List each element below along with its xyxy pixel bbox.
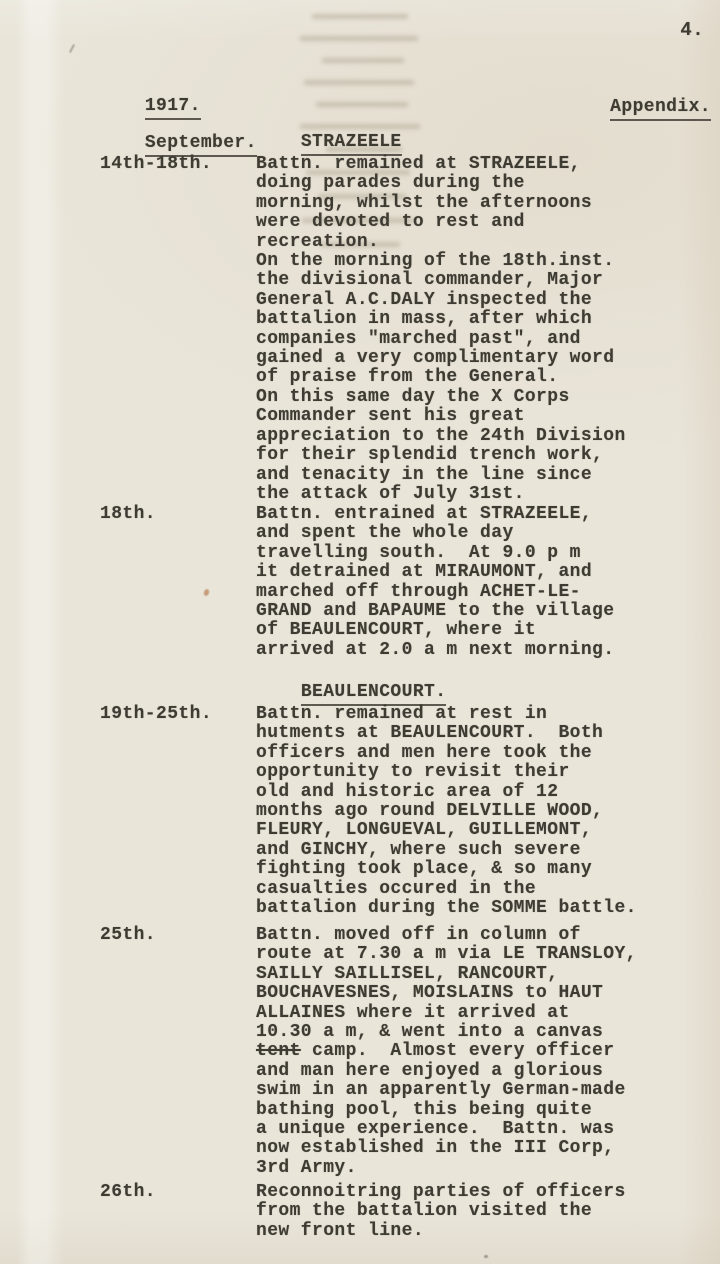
entry-text: Battn. remained at rest in hutments at B… <box>256 705 702 918</box>
entry-25th: 25th. Battn. moved off in column of rout… <box>100 926 702 1178</box>
entry-date: 25th. <box>100 926 256 945</box>
entry-text: Battn. moved off in column of route at 7… <box>256 926 702 1178</box>
diary-page: 4. 1917. Appendix. September. STRAZEELE … <box>0 0 720 1264</box>
ink-speck <box>484 1255 488 1258</box>
page-number: 4. <box>680 20 704 40</box>
struck-word: tent <box>256 1041 301 1061</box>
bleedthrough-artifact <box>312 14 408 19</box>
entry-date: 26th. <box>100 1183 256 1202</box>
appendix-label: Appendix. <box>565 79 711 140</box>
pencil-tick <box>69 44 75 53</box>
entry-text-before: Battn. moved off in column of route at 7… <box>256 925 637 1042</box>
entry-19th-25th: 19th-25th. Battn. remained at rest in hu… <box>100 705 702 918</box>
entry-date: 14th-18th. <box>100 155 256 174</box>
section-heading-text: STRAZEELE <box>301 133 402 155</box>
entry-26th: 26th. Reconnoitring parties of officers … <box>100 1183 702 1241</box>
entry-14th-18th: 14th-18th. Battn. remained at STRAZEELE,… <box>100 155 702 504</box>
entry-text: Battn. remained at STRAZEELE, doing para… <box>256 155 702 504</box>
section-heading-text: BEAULENCOURT. <box>301 683 447 705</box>
bleedthrough-artifact <box>300 36 418 41</box>
entry-18th: 18th. Battn. entrained at STRAZEELE, and… <box>100 505 702 660</box>
entry-text: Reconnoitring parties of officers from t… <box>256 1183 702 1241</box>
appendix-text: Appendix. <box>610 98 711 120</box>
bleedthrough-artifact <box>316 102 408 107</box>
entry-text-after: camp. Almost every officer and man here … <box>256 1041 626 1177</box>
bleedthrough-artifact <box>322 58 404 63</box>
entry-date: 19th-25th. <box>100 705 256 724</box>
bleedthrough-artifact <box>304 80 414 85</box>
entry-text: Battn. entrained at STRAZEELE, and spent… <box>256 505 702 660</box>
entry-date: 18th. <box>100 505 256 524</box>
